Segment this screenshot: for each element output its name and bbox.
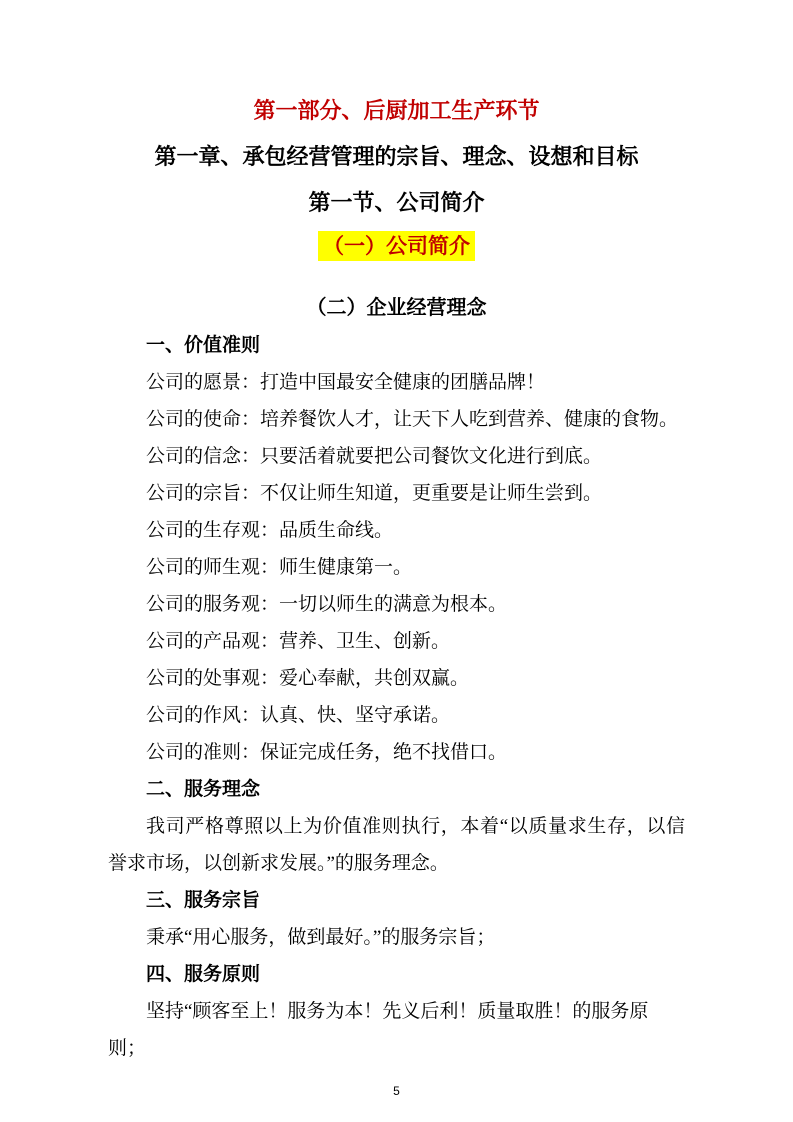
value-line-style: 公司的作风：认真、快、坚守承诺。 (108, 697, 685, 734)
service-concept-paragraph: 我司严格尊照以上为价值准则执行，本着“以质量求生存，以信誉求市场，以创新求发展。… (108, 808, 685, 882)
title-block: 第一部分、后厨加工生产环节 第一章、承包经营管理的宗旨、理念、设想和目标 第一节… (108, 88, 685, 272)
value-line-rule: 公司的准则：保证完成任务，绝不找借口。 (108, 734, 685, 771)
document-body: 一、价值准则 公司的愿景：打造中国最安全健康的团膳品牌！ 公司的使命：培养餐饮人… (108, 327, 685, 1067)
value-line-teacher-student: 公司的师生观：师生健康第一。 (108, 549, 685, 586)
value-line-product: 公司的产品观：营养、卫生、创新。 (108, 623, 685, 660)
value-line-conduct: 公司的处事观：爱心奉献，共创双赢。 (108, 660, 685, 697)
page-number: 5 (393, 1084, 400, 1098)
page-footer: 5 (0, 1084, 793, 1098)
value-line-mission: 公司的使命：培养餐饮人才，让天下人吃到营养、健康的食物。 (108, 401, 685, 438)
value-line-purpose: 公司的宗旨：不仅让师生知道，更重要是让师生尝到。 (108, 475, 685, 512)
chapter-title: 第一章、承包经营管理的宗旨、理念、设想和目标 (108, 134, 685, 180)
document-page: 第一部分、后厨加工生产环节 第一章、承包经营管理的宗旨、理念、设想和目标 第一节… (0, 0, 793, 1122)
value-line-survival: 公司的生存观：品质生命线。 (108, 512, 685, 549)
service-principle-heading: 四、服务原则 (108, 956, 685, 993)
service-principle-line: 坚持“顾客至上！服务为本！先义后利！质量取胜！的服务原则； (108, 993, 685, 1067)
service-tenet-line: 秉承“用心服务，做到最好。”的服务宗旨； (108, 919, 685, 956)
value-line-service: 公司的服务观：一切以师生的满意为根本。 (108, 586, 685, 623)
value-line-vision: 公司的愿景：打造中国最安全健康的团膳品牌！ (108, 364, 685, 401)
subsection-title: （二）企业经营理念 (108, 290, 685, 327)
part-title: 第一部分、后厨加工生产环节 (108, 88, 685, 134)
highlighted-subtitle-row: （一）公司简介 (108, 226, 685, 272)
highlighted-subtitle: （一）公司简介 (318, 231, 475, 261)
service-tenet-heading: 三、服务宗旨 (108, 882, 685, 919)
value-principles-heading: 一、价值准则 (108, 327, 685, 364)
service-concept-heading: 二、服务理念 (108, 771, 685, 808)
value-line-belief: 公司的信念：只要活着就要把公司餐饮文化进行到底。 (108, 438, 685, 475)
section-title: 第一节、公司简介 (108, 180, 685, 226)
